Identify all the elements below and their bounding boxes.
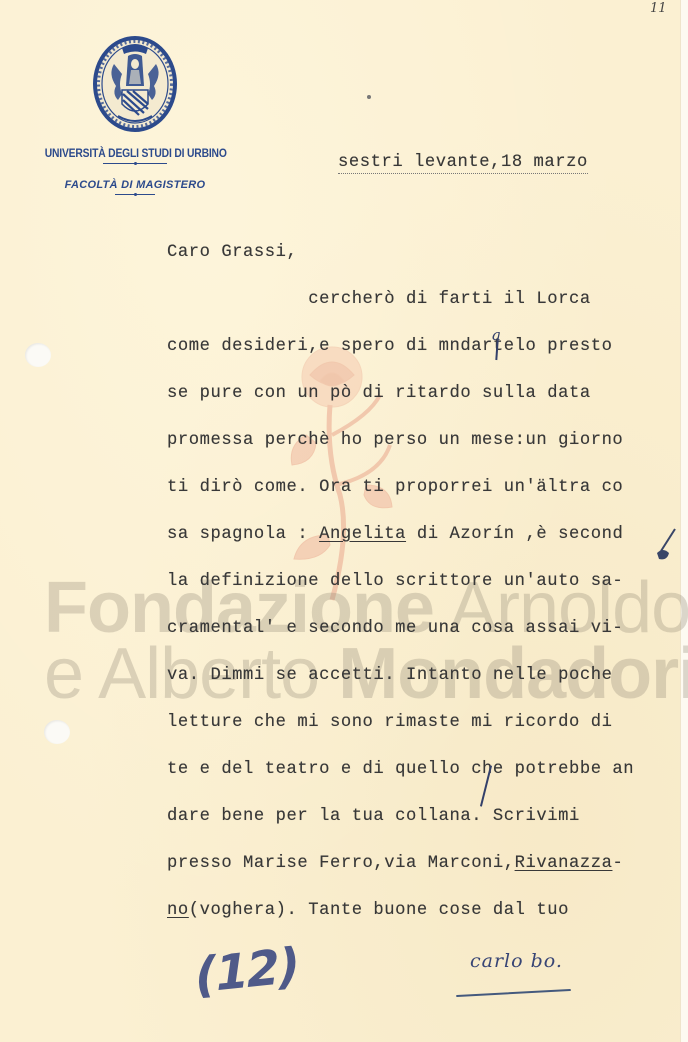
letter-line: ti dirò come. Ora ti proporrei un'ältra … <box>167 478 623 497</box>
line-text: ti dirò come. Ora ti proporrei un'ältra … <box>167 478 623 497</box>
line-text: va. Dimmi se accetti. Intanto nelle poch… <box>167 666 612 685</box>
paper-edge <box>680 0 688 1042</box>
letter-line: cercherò di farti il Lorca <box>167 290 591 309</box>
letter-line: va. Dimmi se accetti. Intanto nelle poch… <box>167 666 612 685</box>
salutation: Caro Grassi, <box>167 243 297 262</box>
signature-underline <box>456 989 571 997</box>
divider <box>103 163 167 164</box>
line-text: come desideri,e spero di mndartelo prest… <box>167 337 612 356</box>
letter-line: promessa perchè ho perso un mese:un gior… <box>167 431 623 450</box>
handwritten-mark-icon <box>655 527 677 563</box>
place-and-date: sestri levante,18 marzo <box>338 153 588 174</box>
faculty-name: FACOLTÀ DI MAGISTERO <box>30 179 240 191</box>
institution-name: UNIVERSITÀ DEGLI STUDI DI URBINO <box>45 146 226 160</box>
letter-line: dare bene per la tua collana. Scrivimi <box>167 807 580 826</box>
divider <box>115 194 155 195</box>
line-text: cramental' e secondo me una cosa assai v… <box>167 619 623 638</box>
line-text: cercherò di farti il Lorca <box>167 290 591 309</box>
line-text: dare bene per la tua collana. Scrivimi <box>167 807 580 826</box>
line-text: (voghera). Tante buone cose dal tuo <box>189 901 569 920</box>
university-seal-icon <box>92 34 178 134</box>
line-text: promessa perchè ho perso un mese:un gior… <box>167 431 623 450</box>
line-text: di Azorín ,è second <box>406 525 623 544</box>
line-text: se pure con un pò di ritardo sulla data <box>167 384 591 403</box>
line-text: la definizione dello scrittore un'auto s… <box>167 572 623 591</box>
ink-spot <box>367 95 371 99</box>
line-text: sa spagnola : <box>167 525 319 544</box>
letterhead: UNIVERSITÀ DEGLI STUDI DI URBINO FACOLTÀ… <box>30 34 240 195</box>
rose-watermark-icon <box>270 335 420 605</box>
letter-line: la definizione dello scrittore un'auto s… <box>167 572 623 591</box>
signature: carlo bo. <box>470 950 563 972</box>
letter-line: no(voghera). Tante buone cose dal tuo <box>167 901 569 920</box>
underlined-text: no <box>167 901 189 920</box>
letter-line: cramental' e secondo me una cosa assai v… <box>167 619 623 638</box>
archive-stamp: (12) <box>191 937 301 1005</box>
letter-line: letture che mi sono rimaste mi ricordo d… <box>167 713 612 732</box>
letter-line: te e del teatro e di quello che potrebbe… <box>167 760 634 779</box>
punch-hole <box>25 343 51 367</box>
letter-line: se pure con un pò di ritardo sulla data <box>167 384 591 403</box>
letter-line: presso Marise Ferro,via Marconi,Rivanazz… <box>167 854 623 873</box>
underlined-text: Rivanazza <box>515 854 613 873</box>
archive-number: 11 <box>650 1 667 16</box>
line-text: presso Marise Ferro,via Marconi, <box>167 854 515 873</box>
letter-page: 11 UNIVERSITÀ DEGLI STUDI DI URBINO FACO… <box>0 0 688 1042</box>
line-text: letture che mi sono rimaste mi ricordo d… <box>167 713 612 732</box>
line-text: - <box>612 854 623 873</box>
underlined-text: Angelita <box>319 525 406 544</box>
punch-hole <box>44 720 70 744</box>
letter-line: come desideri,e spero di mndartelo prest… <box>167 337 612 356</box>
line-text: te e del teatro e di quello che potrebbe… <box>167 760 634 779</box>
letter-line: sa spagnola : Angelita di Azorín ,è seco… <box>167 525 623 544</box>
